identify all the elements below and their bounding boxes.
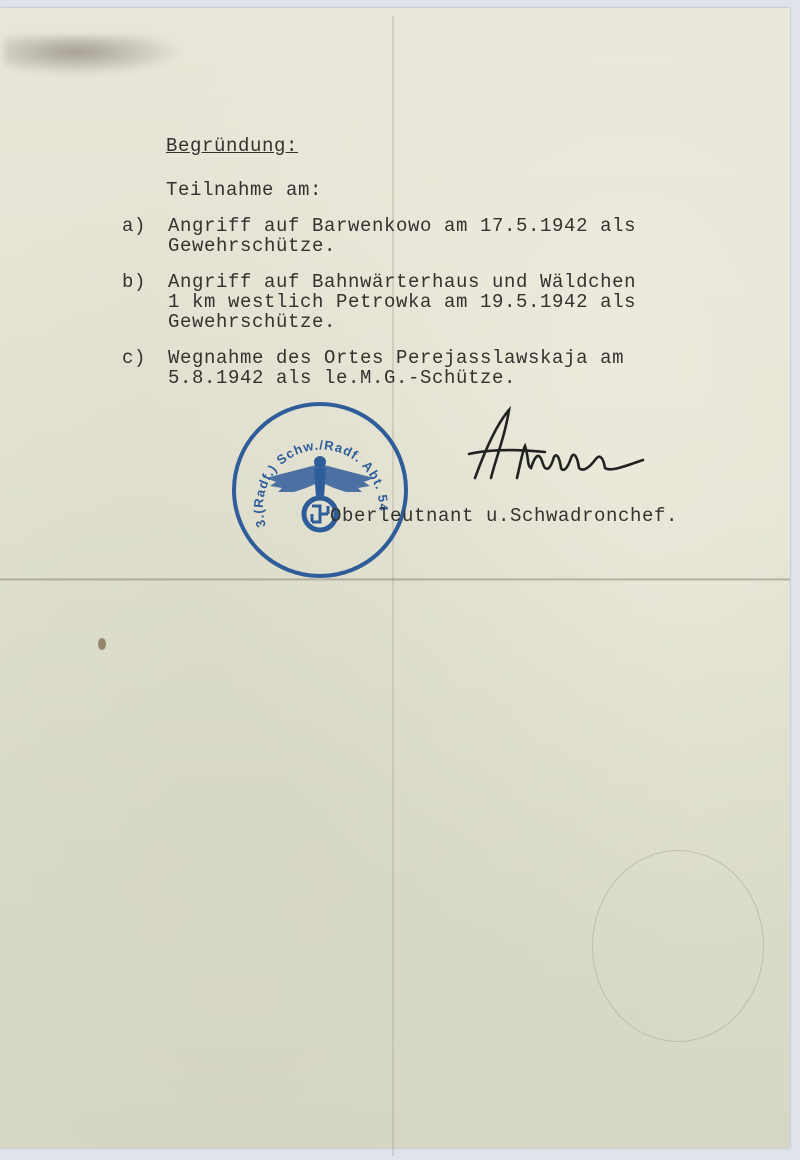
intro-text: Teilnahme am:	[166, 180, 322, 200]
heading: Begründung:	[166, 136, 298, 156]
horizontal-fold-line	[0, 578, 790, 581]
item-line: Angriff auf Bahnwärterhaus und Wäldchen	[168, 272, 636, 292]
item-line: Gewehrschütze.	[168, 312, 336, 332]
item-label: c)	[122, 348, 146, 368]
item-line: Gewehrschütze.	[168, 236, 336, 256]
official-stamp: 3.(Radf.) Schw./Radf. Abt. 54	[232, 402, 408, 578]
item-line: 1 km westlich Petrowka am 19.5.1942 als	[168, 292, 636, 312]
eagle-emblem-icon: 3.(Radf.) Schw./Radf. Abt. 54	[236, 406, 404, 574]
item-label: b)	[122, 272, 146, 292]
stain-mark	[98, 638, 106, 650]
item-line: Wegnahme des Ortes Perejasslawskaja am	[168, 348, 624, 368]
handwritten-signature	[465, 406, 655, 486]
item-label: a)	[122, 216, 146, 236]
item-line: Angriff auf Barwenkowo am 17.5.1942 als	[168, 216, 636, 236]
document-page: Begründung: Teilnahme am: a) Angriff auf…	[0, 8, 790, 1148]
vertical-fold-line	[392, 16, 394, 1156]
signatory-title: Oberleutnant u.Schwadronchef.	[330, 506, 678, 526]
ink-smudge	[4, 36, 184, 76]
item-line: 5.8.1942 als le.M.G.-Schütze.	[168, 368, 516, 388]
faint-seal-imprint	[592, 850, 764, 1042]
